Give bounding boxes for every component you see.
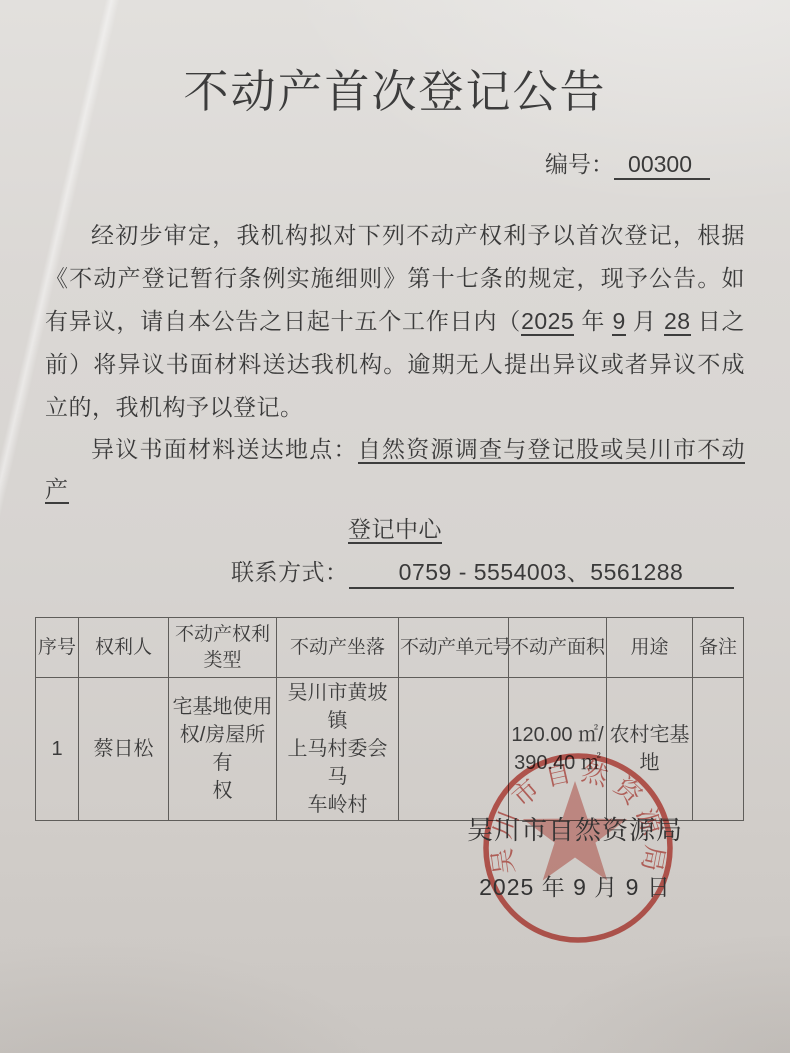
serial-label: 编号：: [545, 151, 614, 177]
cell-location: 吴川市黄坡镇 上马村委会马 车岭村: [277, 678, 399, 821]
col-header-unit-no: 不动产单元号: [399, 618, 509, 678]
col-header-seq: 序号: [36, 618, 79, 678]
issuing-org: 吴川市自然资源局: [425, 810, 725, 847]
address-line-2: 登记中心: [45, 509, 745, 549]
body-text-segment: 月: [626, 308, 664, 334]
issue-date: 2025 年 9 月 9 日: [425, 869, 725, 902]
cell-remark: [693, 678, 744, 821]
col-header-area: 不动产面积: [509, 618, 607, 678]
cell-owner: 蔡日松: [79, 678, 169, 821]
page-title: 不动产首次登记公告: [0, 0, 790, 118]
serial-number-line: 编号：00300: [0, 148, 790, 180]
address-label: 异议书面材料送达地点：: [91, 436, 358, 462]
col-header-right-type: 不动产权利 类型: [169, 618, 277, 678]
underlined-text: 2025: [521, 308, 574, 336]
main-paragraph: 经初步审定，我机构拟对下列不动产权利予以首次登记，根据《不动产登记暂行条例实施细…: [45, 214, 745, 429]
signature-block: 吴川市自然资源局 2025 年 9 月 9 日: [425, 810, 725, 902]
underlined-text: 9: [612, 308, 625, 336]
document-photo: 不动产首次登记公告 编号：00300 经初步审定，我机构拟对下列不动产权利予以首…: [0, 0, 790, 1053]
col-header-owner: 权利人: [79, 618, 169, 678]
cell-seq: 1: [36, 678, 79, 821]
contact-line: 联系方式：0759 - 5554003、5561288: [45, 549, 745, 595]
contact-value: 0759 - 5554003、5561288: [349, 557, 734, 589]
cell-right-type: 宅基地使用 权/房屋所有 权: [169, 678, 277, 821]
body-text-segment: 年: [574, 308, 612, 334]
col-header-usage: 用途: [607, 618, 693, 678]
address-line: 异议书面材料送达地点：自然资源调查与登记股或吴川市不动产: [45, 429, 745, 509]
serial-value: 00300: [614, 151, 710, 180]
col-header-remark: 备注: [693, 618, 744, 678]
announcement-body: 经初步审定，我机构拟对下列不动产权利予以首次登记，根据《不动产登记暂行条例实施细…: [45, 214, 745, 595]
underlined-text: 28: [664, 308, 691, 336]
col-header-location: 不动产坐落: [277, 618, 399, 678]
address-value-2: 登记中心: [348, 516, 442, 544]
contact-label: 联系方式：: [231, 559, 349, 585]
table-header-row: 序号 权利人 不动产权利 类型 不动产坐落 不动产单元号 不动产面积 用途 备注: [36, 618, 744, 678]
